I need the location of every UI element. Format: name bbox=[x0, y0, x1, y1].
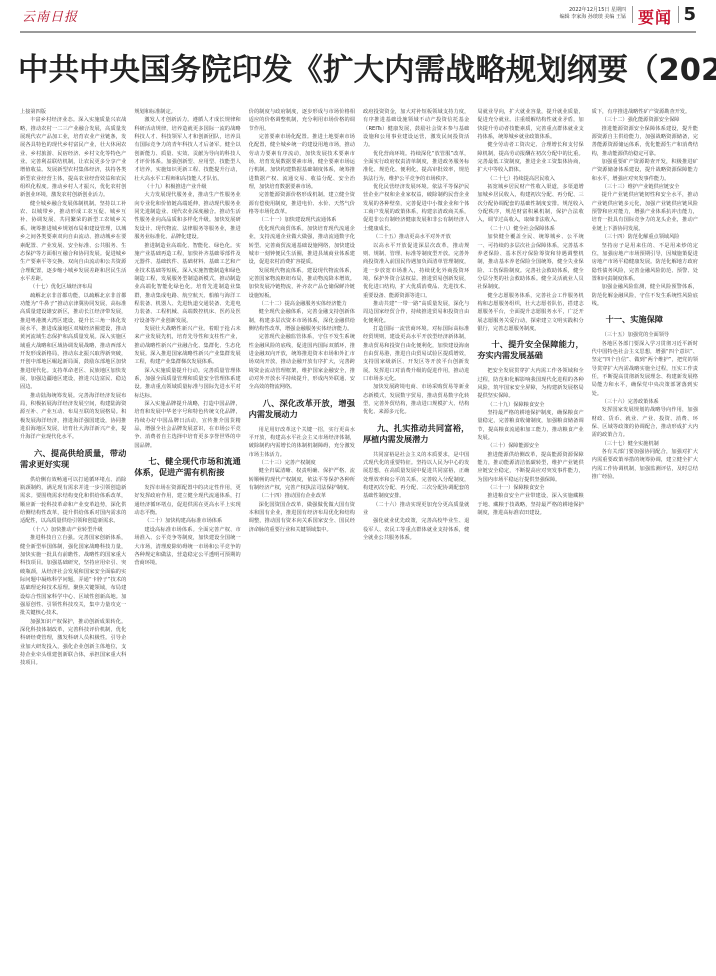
column-2: 规划和标准制定。激发人才创新活力。遵循人才成长规律和科研活动规律，培养造就更多国… bbox=[134, 108, 240, 968]
paragraph: 推进能源供给侧改革，提高能源资源保障能力，推动能源清洁低碳转型，维护产业链供应链… bbox=[477, 451, 583, 484]
subsection-heading: （二十八）健全社会保障体系 bbox=[477, 225, 583, 233]
section-heading: 八、深化改革开放，增强内需发展动力 bbox=[249, 398, 355, 420]
subsection-heading: （三十二）强化能源资源安全保障 bbox=[592, 116, 698, 124]
paragraph: 上接第四版 bbox=[20, 108, 126, 116]
paragraph: 加快健全覆盖全民、统筹城乡、公平统一、可持续的多层次社会保障体系，完善基本养老保… bbox=[477, 233, 583, 291]
subsection-heading: （三十三）维护产业链供应链安全 bbox=[592, 183, 698, 191]
column-4: 政府投资资金，加大对补短板领域支持力度，有序推进基础设施领域不动产投资信托基金（… bbox=[363, 108, 469, 968]
subsection-heading: （二十四）推动国有企业改革 bbox=[249, 492, 355, 500]
subsection-heading: （二十二）提高金融服务实体经济能力 bbox=[249, 300, 355, 308]
issue-meta: 2022年12月15日 星期四 编辑 李家海 孙琰琰 美编 王锰 bbox=[560, 7, 626, 21]
masthead-rule bbox=[20, 31, 696, 33]
paragraph: 规划和标准制定。 bbox=[134, 108, 240, 116]
divider bbox=[678, 6, 679, 23]
paragraph: 强化就业优先政策，完善高校毕业生、退役军人、农民工等重点群体就业支持体系，健全就… bbox=[363, 517, 469, 542]
paragraph: 健全现代金融体系，完善金融支持创新体制，构建多层次资本市场体系，深化金融供给侧结… bbox=[249, 308, 355, 333]
date-line: 2022年12月15日 星期四 bbox=[560, 7, 626, 14]
column-5: 局就业导向，扩大就业容量，提升就业质量，促进充分就业。注重缓解结构性就业矛盾，加… bbox=[477, 108, 583, 968]
paragraph: 深入实施质量提升行动。完善质量管理体系，加强全面质量管理和质量安全管理体系建设。… bbox=[134, 367, 240, 400]
paragraph: 激发人才创新活力。遵循人才成长规律和科研活动规律，培养造就更多国际一流的战略科技… bbox=[134, 116, 240, 183]
paragraph: 推进能源资源安全保障体系建设，提升能源资源自主供给能力，加强战略资源储备，完善能… bbox=[592, 125, 698, 158]
masthead: 云南日报 2022年12月15日 星期四 编辑 李家海 孙琰琰 美编 王锰 要闻… bbox=[20, 0, 696, 32]
column-3: 价的制度与政府制度，逐步形成与市场价格相适应的价格调整机制，充分利用市场价格的调… bbox=[249, 108, 355, 968]
subsection-heading: （三十四）防范化解重点领域风险 bbox=[592, 233, 698, 241]
paragraph: 提升产业链供应链韧性和安全水平，推动产业链供应链多元化，加强产业链供应链风险预警… bbox=[592, 191, 698, 233]
paragraph: 大力发展现代服务业，推动生产性服务业向专业化和价值链高端延伸，推动现代服务业同先… bbox=[134, 191, 240, 241]
column-1: 上接第四版丰富乡村经济业态。深入实施质量兴农战略，推动农村一二三产业融合发展，高… bbox=[20, 108, 126, 968]
headline: 中共中央国务院印发《扩大内需战略规划纲要（2022—2035年）》 bbox=[18, 45, 698, 89]
paragraph: 坚持房子是用来住的、不是用来炒的定位，加强房地产市场预期引导，因城施策促进房地产… bbox=[592, 242, 698, 284]
paragraph: 质下，有序推进战略性矿产资源勘查开发。 bbox=[592, 108, 698, 116]
paragraph: 把安全发展贯穿扩大内需工作各领域和全过程，防范和化解影响我国现代化进程的各种风险… bbox=[477, 367, 583, 400]
paragraph: 用足用好改革这个关键一招，实行更高水平开放，构建高水平社会主义市场经济体制，破除… bbox=[249, 426, 355, 459]
column-6: 质下，有序推进战略性矿产资源勘查开发。（三十二）强化能源资源安全保障推进能源资源… bbox=[592, 108, 698, 968]
divider bbox=[632, 6, 633, 23]
paragraph: 疏解北京非首都功能，以疏解北京非首都功能为“牛鼻子”推动京津冀协同发展，高标准高… bbox=[20, 292, 126, 392]
paragraph: 建设高标准市场体系。全面完善产权、市场准入、公平竞争等制度，加快建设全国统一大市… bbox=[134, 526, 240, 568]
section-heading: 十一、实施保障 bbox=[592, 314, 698, 325]
subsection-heading: （二十三）完善产权制度 bbox=[249, 459, 355, 467]
paragraph: 拓宽城乡居民财产性收入渠道，多渠道增加城乡居民收入，构建初次分配、再分配、三次分… bbox=[477, 183, 583, 225]
paragraph: 推进制造业高端化、智能化、绿色化。实施产业基础再造工程，加快补齐基础零部件及元器… bbox=[134, 242, 240, 325]
paragraph: 加强重要矿产资源勘查开发，积极推进矿产资源储备体系建设，提升战略资源保障能力和水… bbox=[592, 158, 698, 183]
paragraph: 共同富裕是社会主义的本质要求，是中国式现代化的重要特征。坚持以人民为中心的发展思… bbox=[363, 451, 469, 501]
paragraph: 健全城乡融合发展体制机制。坚持以工补农、以城带乡，推动形成工农互促、城乡互补、协… bbox=[20, 200, 126, 283]
subsection-heading: （二十五）推动更高水平对外开放 bbox=[363, 233, 469, 241]
paragraph: 健全归属清晰、权责明确、保护严格、流转顺畅的现代产权制度，依法平等保护各种所有制… bbox=[249, 467, 355, 492]
paragraph: 优化营商环境。持续深化“放管服”改革，全面实行政府权责清单制度，推进政务服务标准… bbox=[363, 150, 469, 183]
paragraph: 加强知识产权保护，推动创新成果转化。深化科技体制改革，完善科技评价机制，优化科研… bbox=[20, 618, 126, 668]
paragraph: 优化现代商贸体系。加快培育现代流通企业，支持流通企业做大做强，推动流通数字化转型… bbox=[249, 225, 355, 267]
newspaper-logo: 云南日报 bbox=[22, 6, 78, 25]
paragraph: 丰富乡村经济业态。深入实施质量兴农战略，推动农村一二三产业融合发展，高质量发展现… bbox=[20, 116, 126, 199]
section-heading: 十、提升安全保障能力，夯实内需发展基础 bbox=[477, 339, 583, 361]
subsection-heading: （二十七）持续提高居民收入 bbox=[477, 175, 583, 183]
paragraph: 深化国资国企改革，做强做优做大国有资本和国有企业，推进国有经济布局优化和结构调整… bbox=[249, 501, 355, 534]
subsection-heading: （二十六）推动实现更加充分更高质量就业 bbox=[363, 501, 469, 518]
paragraph: 供给侧有效畅通可以打通循环堵点、消除瓶颈制约，满足现有需求并进一步引领创造新需求… bbox=[20, 476, 126, 526]
paragraph: 局就业导向，扩大就业容量，提升就业质量，促进充分就业。注重缓解结构性就业矛盾，加… bbox=[477, 108, 583, 141]
paragraph: 优化民营经济发展环境。依法平等保护民营企业产权和企业家权益，破除制约民营企业发展… bbox=[363, 183, 469, 233]
paragraph: 深入实施品牌提升战略，打造中国品牌，培育和发展中华老字号和特色传统文化品牌，持续… bbox=[134, 400, 240, 450]
paragraph: 以高水平开放促进深层次改革，推动规则、规制、管理、标准等制度型开放。完善外商投资… bbox=[363, 242, 469, 300]
paragraph: 发挥市场在资源配置中的决定性作用，更好发挥政府作用，建立健全现代流通体系，打通经… bbox=[134, 484, 240, 517]
paragraph: 坚持最严格的耕地保护制度，确保粮食产量稳定，完善粮食收储制度，加强粮食储备调节，… bbox=[477, 409, 583, 442]
subsection-heading: （十九）积极推进产业升级 bbox=[134, 183, 240, 191]
subsection-heading: （十七）优化区域经济布局 bbox=[20, 283, 126, 291]
paragraph: 完善能源资源价格形成机制。建立健全资源有偿使用制度，推进电价、水价、天然气价格等… bbox=[249, 191, 355, 216]
paragraph: 各地区各部门要深入学习贯彻习近平新时代中国特色社会主义思想，增强“四个意识”、坚… bbox=[592, 340, 698, 398]
subsection-heading: （三十五）加强党的全面领导 bbox=[592, 331, 698, 339]
paragraph: 推进科技自立自强。完善国家创新体系，健全新型举国体制，强化国家战略科技力量，加快… bbox=[20, 534, 126, 617]
paragraph: 健全劳动者工资决定、合理增长和支付保障机制，提高劳动报酬在初次分配中的比重。完善… bbox=[477, 141, 583, 174]
paragraph: 发展壮大战略性新兴产业。着眼于抢占未来产业发展先机，培育先导性和支柱性产业，推动… bbox=[134, 325, 240, 367]
paragraph: 政府投资资金，加大对补短板领域支持力度，有序推进基础设施领域不动产投资信托基金（… bbox=[363, 108, 469, 150]
subsection-heading: （二十一）加快建设现代流通体系 bbox=[249, 216, 355, 224]
article-body: 上接第四版丰富乡村经济业态。深入实施质量兴农战略，推动农村一二三产业融合发展，高… bbox=[20, 108, 698, 968]
paragraph: 加快发展跨境电商、市场采购贸易等新业态新模式，发展数字贸易，推动贸易数字化转型，… bbox=[363, 383, 469, 416]
paragraph: 发挥国家发展规划的战略导向作用，加强财政、货币、就业、产业、投资、消费、环保、区… bbox=[592, 406, 698, 439]
subsection-heading: （三十）保障能源安全 bbox=[477, 442, 583, 450]
subsection-heading: （三十七）健全实施机制 bbox=[592, 440, 698, 448]
paragraph: 加强金融风险监测，健全风险预警体系，防范化解金融风险，守住不发生系统性风险底线。 bbox=[592, 283, 698, 308]
paragraph: 完善要素市场化配置。推进土地要素市场化配置，健全城乡统一的建设用地市场，推动劳动… bbox=[249, 133, 355, 191]
subsection-heading: （三十一）保障粮食安全 bbox=[477, 484, 583, 492]
subsection-heading: （二十）加快构建高标准市场体系 bbox=[134, 517, 240, 525]
paragraph: 各有关部门要加强协同配合，加强对扩大内需重要政策举措的统筹协调，建立健全扩大内需… bbox=[592, 448, 698, 481]
section-heading: 六、提高供给质量，带动需求更好实现 bbox=[20, 448, 126, 470]
page-number: 5 bbox=[683, 4, 696, 25]
paragraph: 推进粮食安全产业带建设，深入实施藏粮于地、藏粮于技战略，坚持最严格的耕地保护制度… bbox=[477, 492, 583, 517]
paragraph: 健全志愿服务体系，完善社会工作服务机构和志愿服务组织，壮大志愿者队伍，搭建志愿服… bbox=[477, 292, 583, 334]
section-heading: 九、扎实推动共同富裕，厚植内需发展潜力 bbox=[363, 423, 469, 445]
section-heading: 七、健全现代市场和流通体系，促进产需有机衔接 bbox=[134, 456, 240, 478]
section-name: 要闻 bbox=[638, 5, 672, 28]
subsection-heading: （二十九）保障粮食安全 bbox=[477, 401, 583, 409]
paragraph: 完善现代金融监管体系，守住不发生系统性金融风险的底线，促进国内国际双循环，推进金… bbox=[249, 333, 355, 391]
subsection-heading: （三十六）完善政策体系 bbox=[592, 398, 698, 406]
paragraph: 推动共建“一带一路”高质量发展，深化与周边国家经贸合作，持续推进贸易和投资自由化… bbox=[363, 300, 469, 325]
paragraph: 价的制度与政府制度，逐步形成与市场价格相适应的价格调整机制，充分利用市场价格的调… bbox=[249, 108, 355, 133]
paragraph: 打造国际一流营商环境。对标国际高标准经贸规则，建设更高水平开放型经济新体制，推动… bbox=[363, 325, 469, 383]
editors-line: 编辑 李家海 孙琰琰 美编 王锰 bbox=[560, 14, 626, 21]
subsection-heading: （十八）加快推动产业转型升级 bbox=[20, 526, 126, 534]
paragraph: 发展现代物流体系。建设现代物流体系，完善国家物流枢纽布局，推动物流降本增效。加快… bbox=[249, 267, 355, 300]
paragraph: 推动陆海统筹发展。完善海洋经济发展布局，积极拓展海洋经济发展空间，构建陆海资源互… bbox=[20, 392, 126, 442]
